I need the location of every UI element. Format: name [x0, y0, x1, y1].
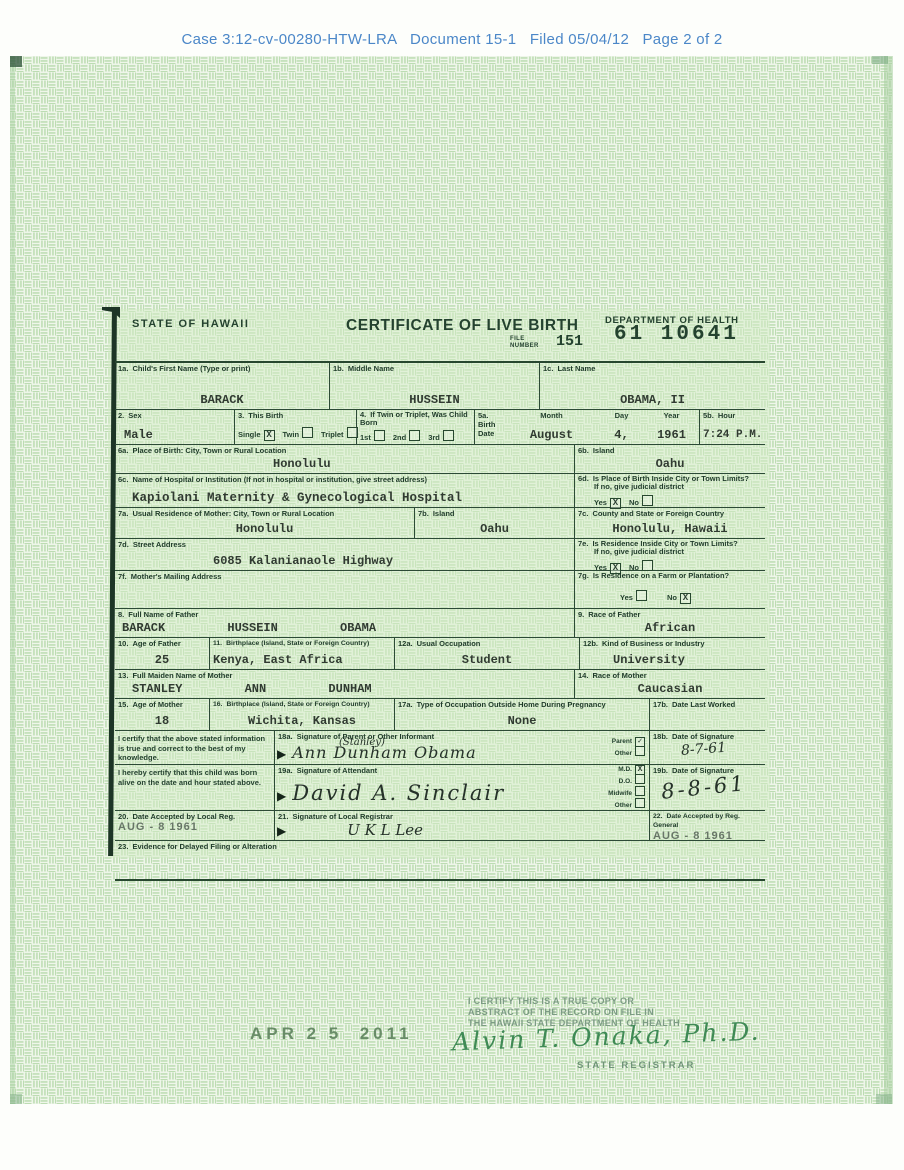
row-mother-details: 15.Age of Mother 18 16.Birthplace (Islan… [115, 699, 765, 731]
field-7b-value: Oahu [418, 523, 571, 536]
attendant-signature: David A. Sinclair [292, 781, 505, 805]
field-13-mother-maiden-name: 13.Full Maiden Name of Mother STANLEY AN… [115, 670, 575, 698]
checkbox-twin [302, 427, 313, 438]
month-header: Month [504, 411, 599, 420]
parent-option-label: Parent [612, 738, 632, 745]
row-attendant-signature: I hereby certify that this child was bor… [115, 765, 765, 811]
certification-line: I CERTIFY THIS IS A TRUE COPY OR [468, 996, 680, 1007]
field-num: 5b. [703, 411, 714, 420]
field-13-value: STANLEY ANN DUNHAM [118, 683, 571, 696]
field-6a-place-of-birth: 6a.Place of Birth: City, Town or Rural L… [115, 445, 575, 473]
field-5a-birth-date: 5a.Birth Date Month Day Year August 4, 1… [475, 410, 700, 444]
field-18a-parent-signature: 18a.Signature of Parent or Other Informa… [275, 731, 650, 764]
checkbox-1st [374, 430, 385, 441]
certificate-form: 1a.Child's First Name (Type or print) BA… [115, 361, 765, 881]
certificate-header: STATE OF HAWAII CERTIFICATE OF LIVE BIRT… [108, 309, 770, 361]
field-3-this-birth: 3.This Birth SingleXTwinTriplet [235, 410, 357, 444]
do-option-label: D.O. [619, 778, 632, 785]
field-num: 6c. [118, 475, 128, 484]
checkbox-6d-no [642, 495, 653, 506]
field-14-value: Caucasian [578, 683, 762, 696]
option-label: No [667, 593, 677, 602]
other-option-label: Other [615, 750, 632, 757]
field-10-father-age: 10.Age of Father 25 [115, 638, 210, 669]
field-6b-value: Oahu [578, 458, 762, 471]
field-label: Birthplace (Island, State or Foreign Cou… [226, 640, 369, 647]
field-12a-occupation: 12a.Usual Occupation Student [395, 638, 580, 669]
field-num: 18b. [653, 732, 668, 741]
field-num: 14. [578, 671, 588, 680]
field-num: 1a. [118, 364, 128, 373]
field-1a-value: BARACK [118, 394, 326, 407]
field-num: 6b. [578, 446, 589, 455]
row-mother-residence: 7a.Usual Residence of Mother: City, Town… [115, 508, 765, 539]
option-no: NoX [667, 593, 693, 602]
option-triplet: Triplet [321, 430, 360, 439]
midwife-option-label: Midwife [608, 790, 632, 797]
field-num: 19a. [278, 766, 293, 775]
md-option-label: M.D. [618, 766, 632, 773]
field-1b-value: HUSSEIN [333, 394, 536, 407]
field-1c-value: OBAMA, II [543, 394, 762, 407]
row-sex-birth-date: 2.Sex Male 3.This Birth SingleXTwinTripl… [115, 410, 765, 445]
field-6d-city-limits: 6d.Is Place of Birth Inside City or Town… [575, 474, 765, 507]
year-header: Year [644, 411, 699, 420]
field-label: Date Last Worked [672, 700, 735, 709]
field-sublabel: If no, give judicial district [578, 548, 762, 556]
field-6c-value: Kapiolani Maternity & Gynecological Hosp… [118, 492, 571, 505]
checkbox-do [635, 774, 645, 784]
field-18b-date-of-signature: 18b.Date of Signature 8-7-61 [650, 731, 765, 764]
field-label: Birthplace (Island, State or Foreign Cou… [226, 701, 369, 708]
field-17b-date-last-worked: 17b.Date Last Worked [650, 699, 765, 730]
field-7b-island: 7b.Island Oahu [415, 508, 575, 538]
field-num: 7e. [578, 539, 588, 548]
parent-certification-statement: I certify that the above stated informat… [115, 731, 275, 764]
field-num: 13. [118, 671, 128, 680]
field-label: Middle Name [348, 364, 394, 373]
field-num: 19b. [653, 766, 668, 775]
field-7g-farm-plantation: 7g.Is Residence on a Farm or Plantation?… [575, 571, 765, 608]
option-yes: YesX [594, 498, 623, 507]
field-20-date-accepted-local: 20.Date Accepted by Local Reg. AUG - 8 1… [115, 811, 275, 840]
option-label: Yes [594, 498, 607, 507]
checkbox-triplet [347, 427, 358, 438]
option-label: 2nd [393, 433, 406, 442]
field-8-father-name: 8.Full Name of Father BARACK HUSSEIN OBA… [115, 609, 575, 637]
field-23-delayed-filing: 23.Evidence for Delayed Filing or Altera… [115, 841, 765, 879]
field-num: 11. [213, 640, 222, 647]
option-twin: Twin [283, 430, 316, 439]
field-num: 7g. [578, 571, 589, 580]
field-label: Is Residence on a Farm or Plantation? [593, 571, 729, 580]
row-mother-name: 13.Full Maiden Name of Mother STANLEY AN… [115, 670, 765, 699]
parent-signature: Ann Dunham Obama [292, 743, 476, 762]
field-21-local-registrar-signature: 21.Signature of Local Registrar ▶U K L L… [275, 811, 650, 840]
field-7c-county-state: 7c.County and State or Foreign Country H… [575, 508, 765, 538]
field-4-twin-order: 4.If Twin or Triplet, Was Child Born 1st… [357, 410, 475, 444]
file-number-label: FILE NUMBER [510, 336, 539, 350]
day-header: Day [599, 411, 644, 420]
local-registrar-signature: U K L Lee [347, 821, 423, 839]
field-1c-last-name: 1c.Last Name OBAMA, II [540, 363, 765, 409]
field-17a-value: None [398, 715, 646, 728]
row-father-details: 10.Age of Father 25 11.Birthplace (Islan… [115, 638, 765, 670]
field-label: Child's First Name (Type or print) [132, 364, 250, 373]
field-5a-year: 1961 [644, 429, 699, 442]
field-label: If Twin or Triplet, Was Child Born [360, 410, 468, 427]
field-label: Sex [128, 411, 141, 420]
option-label: Single [238, 430, 261, 439]
row-hospital: 6c.Name of Hospital or Institution (If n… [115, 474, 765, 508]
field-17a-occupation-pregnancy: 17a.Type of Occupation Outside Home Duri… [395, 699, 650, 730]
checkbox-2nd [409, 430, 420, 441]
field-num: 16. [213, 701, 222, 708]
field-label: Kind of Business or Industry [602, 639, 705, 648]
field-num: 7f. [118, 572, 127, 581]
field-7d-value: 6085 Kalanianaole Highway [118, 555, 571, 568]
certificate-number: 61 10641 [614, 323, 739, 346]
other-option-label: Other [615, 802, 632, 809]
field-num: 7a. [118, 509, 128, 518]
certification-line: ABSTRACT OF THE RECORD ON FILE IN [468, 1007, 680, 1018]
state-title: STATE OF HAWAII [132, 318, 249, 330]
attendant-type-checkboxes: M.D.X D.O. Midwife Other [589, 765, 649, 810]
field-15-value: 18 [118, 715, 206, 728]
field-label: Signature of Attendant [297, 766, 378, 775]
checkbox-other-attendant [635, 798, 645, 808]
field-7a-residence: 7a.Usual Residence of Mother: City, Town… [115, 508, 415, 538]
field-10-value: 25 [118, 654, 206, 667]
field-num: 1c. [543, 364, 553, 373]
field-num: 23. [118, 842, 128, 851]
option-3rd: 3rd [428, 433, 456, 442]
field-num: 21. [278, 812, 288, 821]
field-num: 17b. [653, 700, 668, 709]
field-sublabel: If no, give judicial district [578, 483, 762, 491]
field-12b-value: University [583, 654, 762, 667]
field-14-mother-race: 14.Race of Mother Caucasian [575, 670, 765, 698]
row-mailing-address: 7f.Mother's Mailing Address 7g.Is Reside… [115, 571, 765, 609]
field-11-value: Kenya, East Africa [213, 654, 391, 667]
field-11-father-birthplace: 11.Birthplace (Island, State or Foreign … [210, 638, 395, 669]
field-6c-hospital: 6c.Name of Hospital or Institution (If n… [115, 474, 575, 507]
option-2nd: 2nd [393, 433, 422, 442]
field-6b-island: 6b.Island Oahu [575, 445, 765, 473]
option-single: SingleX [238, 430, 277, 439]
field-5a-month: August [504, 429, 599, 442]
scanned-document-page: Case 3:12-cv-00280-HTW-LRA Document 15-1… [0, 0, 904, 1170]
field-num: 15. [118, 700, 128, 709]
checkbox-midwife [635, 786, 645, 796]
field-num: 6a. [118, 446, 128, 455]
field-7a-value: Honolulu [118, 523, 411, 536]
file-label-line1: FILE [510, 336, 539, 343]
field-label: Race of Father [588, 610, 640, 619]
field-num: 7d. [118, 540, 129, 549]
field-num: 7b. [418, 509, 429, 518]
field-9-value: African [578, 622, 762, 635]
field-label: Place of Birth: City, Town or Rural Loca… [132, 446, 286, 455]
field-num: 17a. [398, 700, 413, 709]
option-label: 3rd [428, 433, 440, 442]
option-no: No [629, 498, 655, 507]
field-num: 3. [238, 411, 244, 420]
field-label: Evidence for Delayed Filing or Alteratio… [132, 842, 276, 851]
field-label: Type of Occupation Outside Home During P… [417, 700, 606, 709]
field-label: Mother's Mailing Address [131, 572, 222, 581]
option-1st: 1st [360, 433, 387, 442]
attendant-certification-statement: I hereby certify that this child was bor… [115, 765, 275, 810]
field-19b-date-of-signature: 19b.Date of Signature 8-8-61 [650, 765, 765, 810]
field-num: 2. [118, 411, 124, 420]
file-number-value: 151 [556, 333, 583, 350]
field-num: 20. [118, 812, 128, 821]
field-7c-value: Honolulu, Hawaii [578, 523, 762, 536]
field-num: 8. [118, 610, 124, 619]
field-16-value: Wichita, Kansas [213, 715, 391, 728]
row-child-name: 1a.Child's First Name (Type or print) BA… [115, 363, 765, 410]
field-num: 12b. [583, 639, 598, 648]
field-label: Full Maiden Name of Mother [132, 671, 232, 680]
field-label: Date Accepted by Reg. General [653, 813, 740, 829]
field-label: Last Name [557, 364, 595, 373]
field-label: Age of Mother [132, 700, 182, 709]
option-label: Twin [283, 430, 300, 439]
signature-arrow-icon: ▶ [277, 824, 286, 838]
field-label: Date Accepted by Local Reg. [132, 812, 235, 821]
certificate-title: CERTIFICATE OF LIVE BIRTH [346, 317, 579, 335]
field-num: 5a. [478, 411, 488, 420]
signature-arrow-icon: ▶ [277, 789, 286, 803]
state-registrar-title: STATE REGISTRAR [577, 1060, 695, 1071]
checkbox-7g-no: X [680, 593, 691, 604]
row-registrar: 20.Date Accepted by Local Reg. AUG - 8 1… [115, 811, 765, 841]
court-filing-header: Case 3:12-cv-00280-HTW-LRA Document 15-1… [0, 31, 904, 48]
checkbox-7g-yes [636, 590, 647, 601]
field-label: This Birth [248, 411, 283, 420]
field-label: Birth Date [478, 420, 496, 438]
row-street-address: 7d.Street Address 6085 Kalanianaole High… [115, 539, 765, 571]
row-parent-signature: I certify that the above stated informat… [115, 731, 765, 765]
checkbox-7e-no [642, 560, 653, 571]
field-20-stamp: AUG - 8 1961 [118, 821, 271, 833]
field-19a-attendant-signature: 19a.Signature of Attendant ▶David A. Sin… [275, 765, 650, 810]
field-label: Full Name of Father [128, 610, 198, 619]
option-label: 1st [360, 433, 371, 442]
received-date-stamp: APR 2 5 2011 [250, 1024, 413, 1044]
checkbox-3rd [443, 430, 454, 441]
field-num: 10. [118, 639, 128, 648]
field-12a-value: Student [398, 654, 576, 667]
checkbox-single: X [264, 430, 275, 441]
field-6a-value: Honolulu [118, 458, 571, 471]
field-label: Age of Father [132, 639, 180, 648]
field-5b-hour: 5b.Hour 7:24 P.M. [700, 410, 765, 444]
field-7f-mailing-address: 7f.Mother's Mailing Address [115, 571, 575, 608]
field-2-sex: 2.Sex Male [115, 410, 235, 444]
row-delayed-filing: 23.Evidence for Delayed Filing or Altera… [115, 841, 765, 881]
field-num: 7c. [578, 509, 588, 518]
row-place-of-birth: 6a.Place of Birth: City, Town or Rural L… [115, 445, 765, 474]
field-num: 9. [578, 610, 584, 619]
field-label: Usual Occupation [417, 639, 481, 648]
field-label: Race of Mother [592, 671, 646, 680]
field-num: 6d. [578, 474, 589, 483]
option-label: No [629, 498, 639, 507]
field-1b-middle-name: 1b.Middle Name HUSSEIN [330, 363, 540, 409]
file-label-line2: NUMBER [510, 343, 539, 350]
field-label: Island [593, 446, 615, 455]
birth-certificate: STATE OF HAWAII CERTIFICATE OF LIVE BIRT… [108, 309, 770, 858]
field-num: 22. [653, 813, 662, 820]
field-12b-industry: 12b.Kind of Business or Industry Univers… [580, 638, 765, 669]
field-16-mother-birthplace: 16.Birthplace (Island, State or Foreign … [210, 699, 395, 730]
field-label: Name of Hospital or Institution (If not … [132, 475, 427, 484]
field-label: County and State or Foreign Country [592, 509, 724, 518]
field-1a-child-first-name: 1a.Child's First Name (Type or print) BA… [115, 363, 330, 409]
field-5b-value: 7:24 P.M. [703, 429, 762, 442]
row-father-name: 8.Full Name of Father BARACK HUSSEIN OBA… [115, 609, 765, 638]
informant-type-checkboxes: Parent✓ Other [589, 731, 649, 764]
field-num: 1b. [333, 364, 344, 373]
option-label: Triplet [321, 430, 344, 439]
field-label: Signature of Local Registrar [292, 812, 392, 821]
field-2-value: Male [118, 429, 231, 442]
field-15-mother-age: 15.Age of Mother 18 [115, 699, 210, 730]
signature-arrow-icon: ▶ [277, 747, 286, 761]
field-num: 12a. [398, 639, 413, 648]
field-22-date-accepted-general: 22.Date Accepted by Reg. General AUG - 8… [650, 811, 765, 840]
field-5a-day: 4, [599, 429, 644, 442]
field-label: Hour [718, 411, 736, 420]
field-9-father-race: 9.Race of Father African [575, 609, 765, 637]
field-label: Street Address [133, 540, 186, 549]
option-label: Yes [620, 593, 633, 602]
field-label: Usual Residence of Mother: City, Town or… [132, 509, 334, 518]
field-7e-city-limits: 7e.Is Residence Inside City or Town Limi… [575, 539, 765, 570]
field-7d-street-address: 7d.Street Address 6085 Kalanianaole High… [115, 539, 575, 570]
field-num: 18a. [278, 732, 293, 741]
checkbox-other-informant [635, 746, 645, 756]
field-8-value: BARACK HUSSEIN OBAMA [118, 622, 571, 635]
field-label: Island [433, 509, 455, 518]
option-yes: Yes [620, 593, 649, 602]
